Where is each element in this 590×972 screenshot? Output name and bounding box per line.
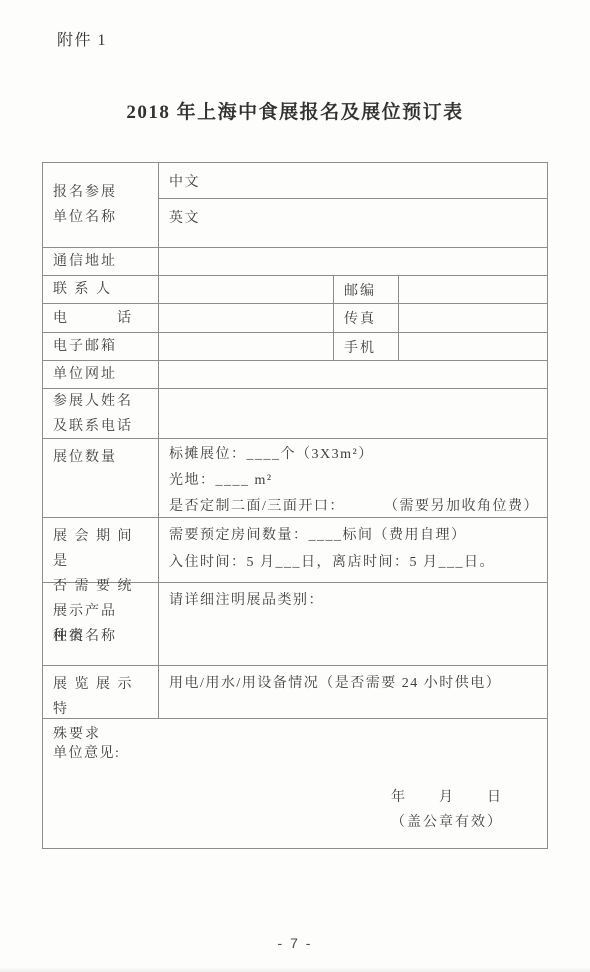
address-value	[159, 248, 547, 275]
products-label: 展示产品 种类名称	[43, 583, 159, 665]
address-label-text: 通信地址	[53, 249, 152, 274]
postcode-value	[399, 276, 547, 303]
website-label-text: 单位网址	[53, 362, 152, 387]
contact-label: 联 系 人	[43, 276, 159, 303]
phone-row: 电 话 传真	[43, 304, 547, 333]
exhibitor-label-line2: 及联系电话	[53, 414, 152, 439]
fax-label-text: 传真	[344, 308, 376, 328]
phone-label-text: 电 话	[53, 306, 152, 331]
special-label-line1: 展 览 展 示 特	[53, 672, 152, 722]
opinion-row: 单位意见: 年 月 日 （盖公章有效）	[43, 719, 547, 848]
exhibitor-value	[159, 389, 547, 438]
scan-edge-shade	[0, 967, 590, 972]
products-label-line2: 种类名称	[53, 624, 152, 649]
address-label: 通信地址	[43, 248, 159, 275]
accommodation-dates-line: 入住时间：5 月___日，离店时间：5 月___日。	[169, 549, 539, 576]
booth-corner-note: （需要另加收角位费）	[384, 494, 539, 520]
fax-value	[399, 304, 547, 332]
opinion-seal-note: （盖公章有效）	[391, 810, 503, 835]
opinion-label: 单位意见:	[53, 746, 120, 761]
org-name-chinese-cell: 中文	[159, 163, 547, 199]
page-title: 2018 年上海中食展报名及展位预订表	[0, 97, 590, 124]
exhibitor-row: 参展人姓名 及联系电话	[43, 389, 547, 439]
opinion-date-line: 年 月 日	[391, 785, 503, 810]
website-value	[159, 361, 547, 388]
scanned-document-page: 附件 1 2018 年上海中食展报名及展位预订表 报名参展 单位名称 中文 英文	[0, 0, 590, 972]
booth-standard-line: 标摊展位：____个（3X3m²）	[169, 442, 539, 468]
phone-label: 电 话	[43, 304, 159, 332]
phone-value	[159, 304, 334, 332]
special-requirements-content: 用电/用水/用设备情况（是否需要 24 小时供电）	[159, 666, 547, 718]
products-content: 请详细注明展品类别：	[159, 583, 547, 665]
email-label: 电子邮箱	[43, 333, 159, 360]
mobile-label: 手机	[334, 333, 399, 360]
accommodation-label-line1: 展 会 期 间 是	[53, 524, 152, 574]
special-requirements-row: 展 览 展 示 特 殊要求 用电/用水/用设备情况（是否需要 24 小时供电）	[43, 666, 547, 719]
exhibitor-label-line1: 参展人姓名	[53, 389, 152, 414]
org-name-row: 报名参展 单位名称 中文 英文	[43, 163, 547, 248]
fax-label: 传真	[334, 304, 399, 332]
org-name-english-cell: 英文	[159, 199, 547, 247]
contact-row: 联 系 人 邮编	[43, 276, 547, 304]
accommodation-row: 展 会 期 间 是 否 需 要 统 一 住宿 需要预定房间数量：____标间（费…	[43, 518, 547, 583]
booth-corner-line: 是否定制二面/三面开口： （需要另加收角位费）	[169, 494, 539, 520]
email-label-text: 电子邮箱	[53, 334, 152, 359]
attachment-label: 附件 1	[57, 27, 107, 50]
email-row: 电子邮箱 手机	[43, 333, 547, 361]
mobile-value	[399, 333, 547, 360]
postcode-label-text: 邮编	[344, 280, 376, 300]
accommodation-label: 展 会 期 间 是 否 需 要 统 一 住宿	[43, 518, 159, 582]
org-name-values: 中文 英文	[159, 163, 547, 247]
address-row: 通信地址	[43, 248, 547, 276]
booth-row: 展位数量 标摊展位：____个（3X3m²） 光地：____ m² 是否定制二面…	[43, 439, 547, 518]
postcode-label: 邮编	[334, 276, 399, 303]
org-name-english-label: 英文	[169, 207, 200, 227]
org-name-label-line1: 报名参展	[53, 180, 152, 205]
org-name-label: 报名参展 单位名称	[43, 163, 159, 247]
booth-corner-question: 是否定制二面/三面开口：	[169, 494, 345, 520]
accommodation-rooms-line: 需要预定房间数量：____标间（费用自理）	[169, 522, 539, 549]
special-requirements-label: 展 览 展 示 特 殊要求	[43, 666, 159, 718]
products-row: 展示产品 种类名称 请详细注明展品类别：	[43, 583, 547, 666]
opinion-date-block: 年 月 日 （盖公章有效）	[391, 785, 503, 835]
mobile-label-text: 手机	[344, 337, 376, 357]
booth-label-text: 展位数量	[53, 445, 152, 470]
accommodation-content: 需要预定房间数量：____标间（费用自理） 入住时间：5 月___日，离店时间：…	[159, 518, 547, 582]
email-value	[159, 333, 334, 360]
org-name-chinese-label: 中文	[169, 171, 200, 191]
booth-label: 展位数量	[43, 439, 159, 517]
org-name-label-line2: 单位名称	[53, 205, 152, 230]
booth-content: 标摊展位：____个（3X3m²） 光地：____ m² 是否定制二面/三面开口…	[159, 439, 547, 517]
contact-value	[159, 276, 334, 303]
opinion-cell: 单位意见: 年 月 日 （盖公章有效）	[43, 719, 547, 848]
page-number: - 7 -	[0, 935, 590, 951]
registration-form-table: 报名参展 单位名称 中文 英文 通信地址	[42, 162, 548, 849]
website-label: 单位网址	[43, 361, 159, 388]
exhibitor-label: 参展人姓名 及联系电话	[43, 389, 159, 438]
booth-rawspace-line: 光地：____ m²	[169, 468, 539, 494]
website-row: 单位网址	[43, 361, 547, 389]
products-label-line1: 展示产品	[53, 599, 152, 624]
contact-label-text: 联 系 人	[53, 277, 152, 302]
